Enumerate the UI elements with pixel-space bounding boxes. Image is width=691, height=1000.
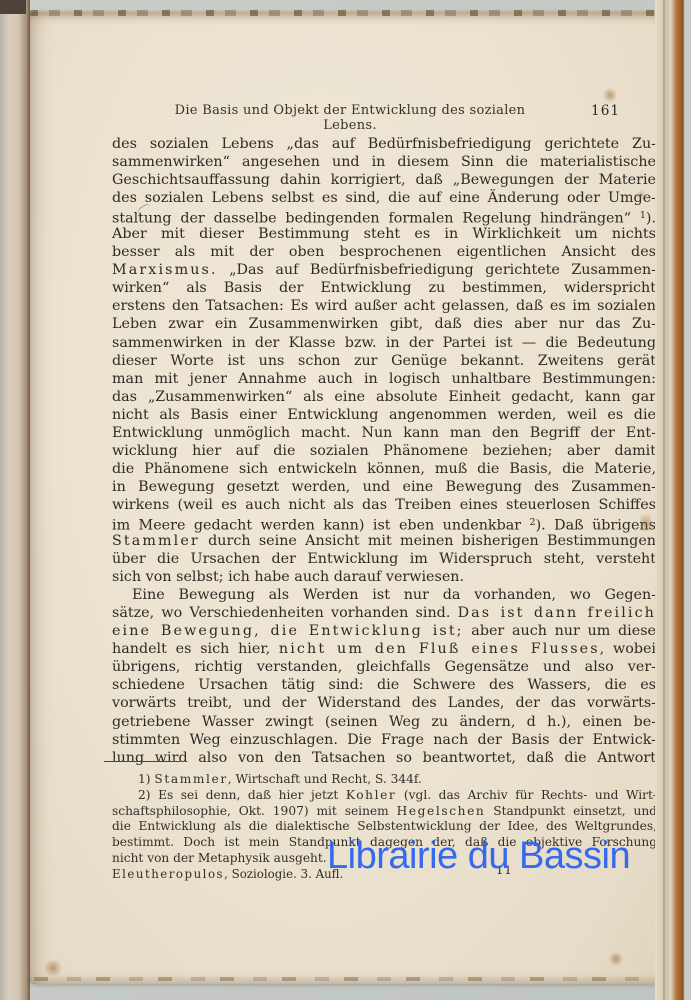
- text-line: des sozialen Lebens „das auf Bedürfnisbe…: [112, 135, 656, 153]
- text-line: getriebene Wasser zwingt (seinen Weg zu …: [112, 713, 656, 731]
- text-line: über die Ursachen der Entwicklung im Wid…: [112, 550, 656, 568]
- book-gutter: [0, 0, 30, 1000]
- page-number: 161: [560, 103, 620, 119]
- foxing-spot: [640, 510, 652, 536]
- text-line: wirkens (weil es auch nicht als das Trei…: [112, 496, 656, 514]
- running-header: Die Basis und Objekt der Entwicklung des…: [150, 103, 550, 133]
- text-line: Leben zwar ein Zusammenwirken gibt, daß …: [112, 315, 656, 333]
- text-line: Aber mit dieser Bestimmung steht es in W…: [112, 225, 656, 243]
- page-stack-line: [663, 0, 665, 1000]
- text-line: die Entwicklung als die dialektische Sel…: [112, 819, 657, 835]
- text-line: man mit jener Annahme auch in logisch un…: [112, 370, 656, 388]
- body-text: des sozialen Lebens „das auf Bedürfnisbe…: [112, 135, 656, 767]
- footnote-rule: [104, 761, 180, 762]
- book-photo: Die Basis und Objekt der Entwicklung des…: [0, 0, 691, 1000]
- page-edge-bottom: [34, 977, 654, 981]
- text-line: 1) Stammler, Wirtschaft und Recht, S. 34…: [112, 772, 657, 788]
- text-line: lung wird also von den Tatsachen so bean…: [112, 749, 656, 767]
- text-line: übrigens, richtig verstanden, gleichfall…: [112, 658, 656, 676]
- text-line: wirken“ als Basis der Entwicklung zu bes…: [112, 279, 656, 297]
- text-line: nicht als Basis einer Entwicklung angeno…: [112, 406, 656, 424]
- running-header-row: Die Basis und Objekt der Entwicklung des…: [112, 103, 657, 121]
- text-line: schiedene Ursachen tätig sind: die Schwe…: [112, 676, 656, 694]
- text-line: schaftsphilosophie, Okt. 1907) mit seine…: [112, 804, 657, 820]
- text-line: sammenwirken“ angesehen und in diesem Si…: [112, 153, 656, 171]
- text-line: besser als mit der oben besprochenen eig…: [112, 243, 656, 261]
- text-line: das „Zusammenwirken“ als eine absolute E…: [112, 388, 656, 406]
- text-line: stimmten Weg einzuschlagen. Die Frage na…: [112, 731, 656, 749]
- text-line: staltung der dasselbe bedingenden formal…: [112, 207, 656, 225]
- text-line: Stammler durch seine Ansicht mit meinen …: [112, 532, 656, 550]
- text-line: sammenwirken in der Klasse bzw. in der P…: [112, 334, 656, 352]
- text-line: eine Bewegung, die Entwicklung ist; aber…: [112, 622, 656, 640]
- text-line: Marxismus. „Das auf Bedürfnisbefriedigun…: [112, 261, 656, 279]
- text-line: Entwicklung unmöglich macht. Nun kann ma…: [112, 424, 656, 442]
- foxing-spot: [42, 960, 64, 976]
- text-line: sätze, wo Verschiedenheiten vorhanden si…: [112, 604, 656, 622]
- text-line: des sozialen Lebens selbst es sind, die …: [112, 189, 656, 207]
- text-line: dieser Worte ist uns schon zur Genüge be…: [112, 352, 656, 370]
- text-line: im Meere gedacht werden kann) ist eben u…: [112, 514, 656, 532]
- foxing-spot: [602, 88, 618, 102]
- text-line: in Bewegung gesetzt werden, und eine Bew…: [112, 478, 656, 496]
- page-edge-top: [30, 10, 658, 16]
- text-line: wicklung hier auf die sozialen Phänomene…: [112, 442, 656, 460]
- bookseller-watermark: Librairie du Bassin: [327, 835, 630, 878]
- page-stack-edge: [655, 0, 691, 1000]
- foxing-spot: [636, 190, 646, 200]
- text-line: erstens den Tatsachen: Es wird außer ach…: [112, 297, 656, 315]
- foxing-spot: [262, 138, 268, 144]
- text-line: 2) Es sei denn, daß hier jetzt Kohler (v…: [112, 788, 657, 804]
- text-line: Eine Bewegung als Werden ist nur da vorh…: [112, 586, 656, 604]
- text-line: vorwärts treibt, und der Widerstand des …: [112, 694, 656, 712]
- text-line: handelt es sich hier, nicht um den Fluß …: [112, 640, 656, 658]
- gutter-shadow: [0, 0, 26, 14]
- text-line: sich von selbst; ich habe auch darauf ve…: [112, 568, 656, 586]
- text-line: Geschichtsauffassung dahin korrigiert, d…: [112, 171, 656, 189]
- foxing-spot: [608, 952, 624, 966]
- text-line: die Phänomene sich entwickeln können, mu…: [112, 460, 656, 478]
